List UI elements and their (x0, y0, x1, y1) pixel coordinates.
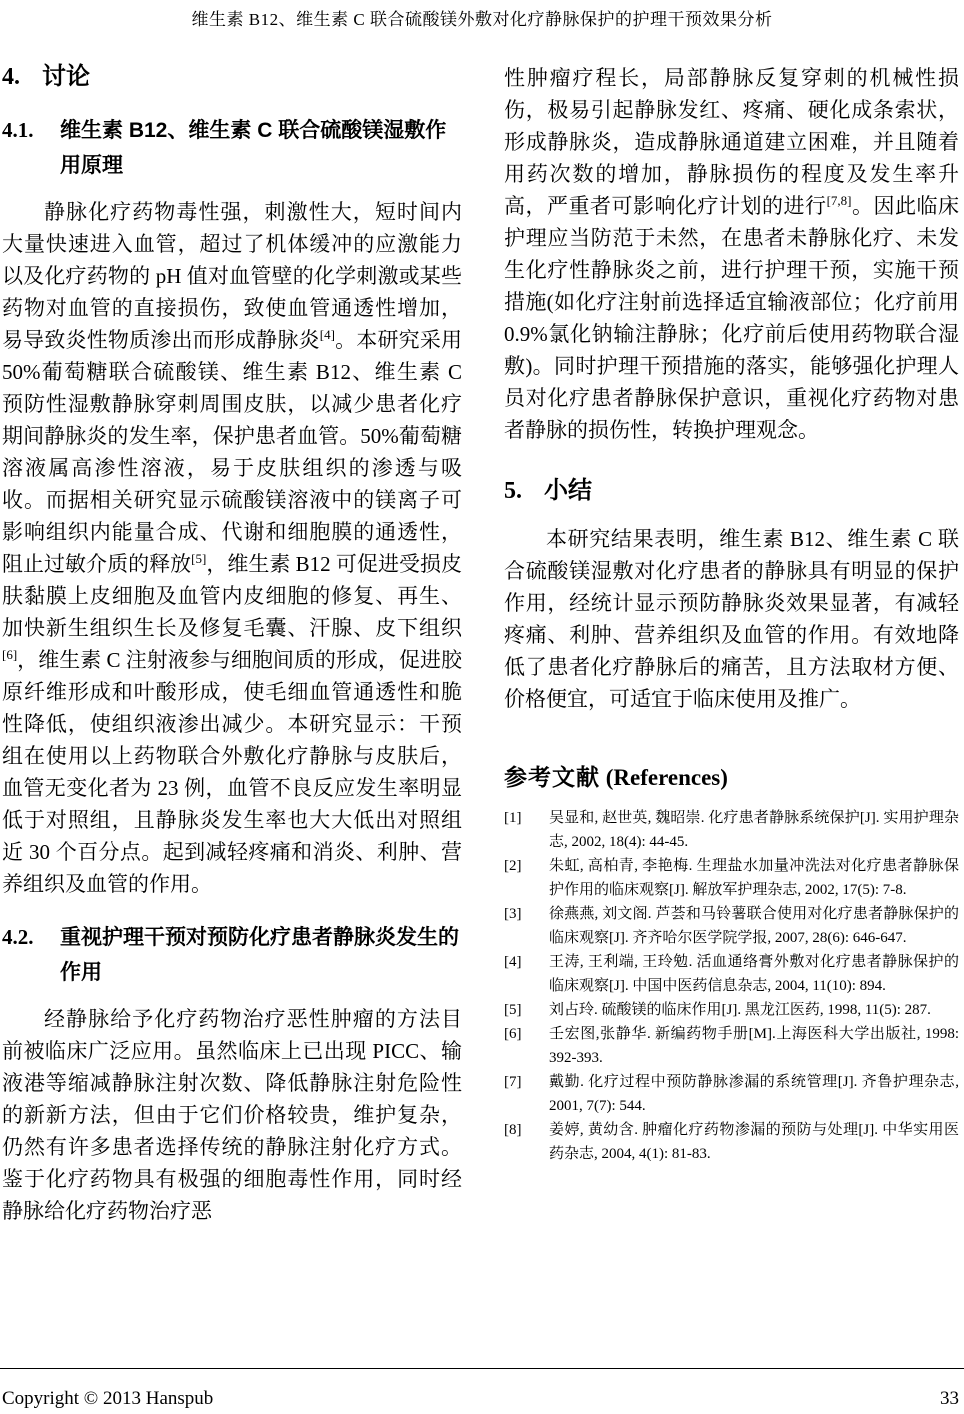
reference-text: 吴显和, 赵世英, 魏昭崇. 化疗患者静脉系统保护[J]. 实用护理杂志, 20… (549, 806, 959, 854)
citation-superscript: [4] (320, 327, 335, 342)
reference-number: [8] (504, 1118, 549, 1166)
subsection-title: 重视护理干预对预防化疗患者静脉炎发生的作用 (60, 920, 462, 990)
reference-text: 王涛, 王利端, 王玲勉. 活血通络膏外敷对化疗患者静脉保护的临床观察[J]. … (549, 950, 959, 998)
running-header-title: 维生素 B12、维生素 C 联合硫酸镁外敷对化疗静脉保护的护理干预效果分析 (0, 5, 964, 30)
section-heading-summary: 5. 小结 (504, 470, 959, 505)
paragraph-text: 。因此临床护理应当防范于未然，在患者未静脉化疗、未发生化疗性静脉炎之前，进行护理… (504, 194, 959, 442)
reference-item: [2] 朱虹, 高柏青, 李艳梅. 生理盐水加量冲洗法对化疗患者静脉保护作用的临… (504, 854, 959, 902)
paragraph-summary: 本研究结果表明，维生素 B12、维生素 C 联合硫酸镁湿敷对化疗患者的静脉具有明… (504, 523, 959, 715)
reference-item: [5] 刘占玲. 硫酸镁的临床作用[J]. 黑龙江医药, 1998, 11(5)… (504, 998, 959, 1022)
section-heading-discussion: 4. 讨论 (2, 56, 462, 91)
reference-number: [7] (504, 1070, 549, 1118)
reference-number: [6] (504, 1022, 549, 1070)
reference-text: 姜婷, 黄幼含. 肿瘤化疗药物渗漏的预防与处理[J]. 中华实用医药杂志, 20… (549, 1118, 959, 1166)
reference-number: [3] (504, 902, 549, 950)
reference-text: 徐燕燕, 刘文阁. 芦荟和马铃薯联合使用对化疗患者静脉保护的临床观察[J]. 齐… (549, 902, 959, 950)
section-number: 4. (2, 64, 42, 91)
reference-item: [3] 徐燕燕, 刘文阁. 芦荟和马铃薯联合使用对化疗患者静脉保护的临床观察[J… (504, 902, 959, 950)
reference-text: 壬宏图,张静华. 新编药物手册[M].上海医科大学出版社, 1998: 392-… (549, 1022, 959, 1070)
references-heading-cn: 参考文献 (504, 759, 600, 792)
reference-number: [2] (504, 854, 549, 902)
section-title: 讨论 (42, 56, 90, 91)
subsection-number: 4.2. (2, 920, 60, 990)
subsection-heading-4-1: 4.1. 维生素 B12、维生素 C 联合硫酸镁湿敷作用原理 (2, 113, 462, 183)
subsection-heading-4-2: 4.2. 重视护理干预对预防化疗患者静脉炎发生的作用 (2, 920, 462, 990)
subsection-number: 4.1. (2, 113, 60, 183)
section-title: 小结 (544, 470, 592, 505)
reference-item: [1] 吴显和, 赵世英, 魏昭崇. 化疗患者静脉系统保护[J]. 实用护理杂志… (504, 806, 959, 854)
paragraph-4-1: 静脉化疗药物毒性强，刺激性大，短时间内大量快速进入血管，超过了机体缓冲的应激能力… (2, 196, 462, 900)
reference-number: [5] (504, 998, 549, 1022)
citation-superscript: [6] (2, 647, 17, 662)
reference-text: 戴勤. 化疗过程中预防静脉渗漏的系统管理[J]. 齐鲁护理杂志, 2001, 7… (549, 1070, 959, 1118)
subsection-title: 维生素 B12、维生素 C 联合硫酸镁湿敷作用原理 (60, 113, 462, 183)
references-heading-en: (References) (600, 765, 728, 791)
reference-number: [4] (504, 950, 549, 998)
reference-item: [4] 王涛, 王利端, 王玲勉. 活血通络膏外敷对化疗患者静脉保护的临床观察[… (504, 950, 959, 998)
right-column: 性肿瘤疗程长，局部静脉反复穿刺的机械性损伤，极易引起静脉发红、疼痛、硬化成条索状… (504, 56, 959, 1166)
citation-superscript: [7,8] (827, 193, 852, 208)
reference-item: [7] 戴勤. 化疗过程中预防静脉渗漏的系统管理[J]. 齐鲁护理杂志, 200… (504, 1070, 959, 1118)
paragraph-4-2: 经静脉给予化疗药物治疗恶性肿瘤的方法目前被临床广泛应用。虽然临床上已出现 PIC… (2, 1003, 462, 1227)
paragraph-4-2-continued: 性肿瘤疗程长，局部静脉反复穿刺的机械性损伤，极易引起静脉发红、疼痛、硬化成条索状… (504, 62, 959, 446)
citation-superscript: [5] (191, 551, 206, 566)
references-list: [1] 吴显和, 赵世英, 魏昭崇. 化疗患者静脉系统保护[J]. 实用护理杂志… (504, 806, 959, 1166)
footer-copyright: Copyright © 2013 Hanspub (2, 1388, 213, 1410)
paragraph-text: ，维生素 C 注射液参与细胞间质的形成，促进胶原纤维形成和叶酸形成，使毛细血管通… (2, 648, 462, 896)
page-number: 33 (940, 1388, 959, 1410)
section-number: 5. (504, 478, 544, 505)
references-heading: 参考文献 (References) (504, 759, 959, 792)
reference-item: [8] 姜婷, 黄幼含. 肿瘤化疗药物渗漏的预防与处理[J]. 中华实用医药杂志… (504, 1118, 959, 1166)
left-column: 4. 讨论 4.1. 维生素 B12、维生素 C 联合硫酸镁湿敷作用原理 静脉化… (2, 56, 462, 1227)
footer-divider (0, 1368, 964, 1369)
paragraph-text: 。本研究采用 50%葡萄糖联合硫酸镁、维生素 B12、维生素 C 预防性湿敷静脉… (2, 328, 462, 576)
reference-number: [1] (504, 806, 549, 854)
reference-item: [6] 壬宏图,张静华. 新编药物手册[M].上海医科大学出版社, 1998: … (504, 1022, 959, 1070)
reference-text: 刘占玲. 硫酸镁的临床作用[J]. 黑龙江医药, 1998, 11(5): 28… (549, 998, 959, 1022)
reference-text: 朱虹, 高柏青, 李艳梅. 生理盐水加量冲洗法对化疗患者静脉保护作用的临床观察[… (549, 854, 959, 902)
